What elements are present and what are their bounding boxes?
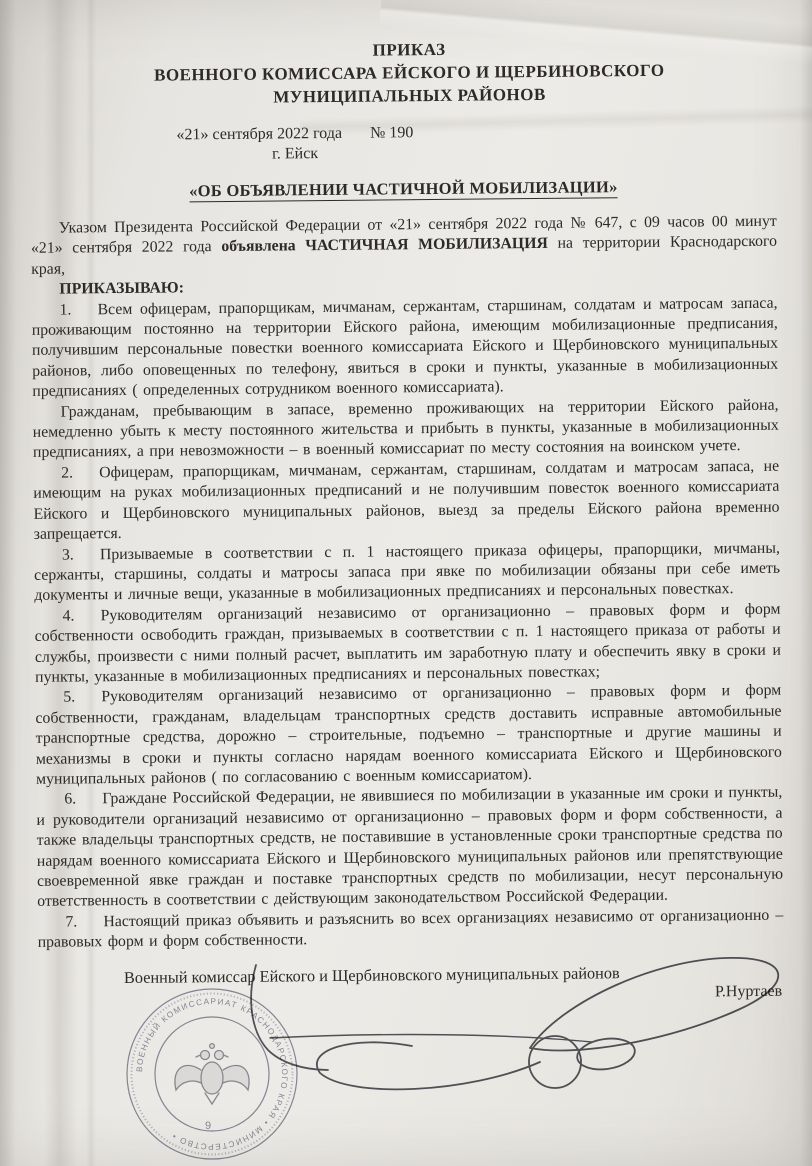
paragraph-text: Руководителям организаций независимо от … <box>35 600 781 685</box>
paragraph-text: Призываемые в соответствии с п. 1 настоя… <box>34 539 780 604</box>
order-paragraphs: 1.Всем офицерам, прапорщикам, мичманам, … <box>31 293 783 953</box>
order-paragraph: 6.Граждане Российской Федерации, не явив… <box>36 783 783 913</box>
paragraph-number: 5. <box>63 688 101 709</box>
paragraph-text: Всем офицерам, прапорщикам, мичманам, се… <box>32 294 779 400</box>
paragraph-text: Гражданам, пребывающим в запасе, временн… <box>33 396 779 461</box>
signature-big-loop <box>530 958 778 1051</box>
order-number: № 190 <box>370 124 413 141</box>
document-content: ПРИКАЗ ВОЕННОГО КОМИССАРА ЕЙСКОГО И ЩЕРБ… <box>29 0 785 1007</box>
order-paragraph: Гражданам, пребывающим в запасе, временн… <box>32 395 779 463</box>
scanned-order-document: ПРИКАЗ ВОЕННОГО КОМИССАРА ЕЙСКОГО И ЩЕРБ… <box>0 0 812 1166</box>
order-paragraph: 4.Руководителям организаций независимо о… <box>34 599 781 688</box>
paragraph-number: 1. <box>59 300 97 321</box>
order-paragraph: 2.Офицерам, прапорщикам, мичманам, сержа… <box>33 457 780 546</box>
paragraph-number: 3. <box>62 545 100 566</box>
order-dateline: «21» сентября 2022 года№ 190 <box>30 123 560 146</box>
paragraph-number: 7. <box>65 912 103 933</box>
paragraph-number: 4. <box>62 606 100 627</box>
signature-tail-loop <box>317 1042 540 1089</box>
paragraph-text: Офицерам, прапорщикам, мичманам, сержант… <box>33 458 779 543</box>
signature-down-stroke <box>251 965 328 1070</box>
order-title: «ОБ ОБЪЯВЛЕНИИ ЧАСТИЧНОЙ МОБИЛИЗАЦИИ» <box>30 176 776 203</box>
paragraph-text: Руководителям организаций независимо от … <box>35 682 782 788</box>
signature-small-loop <box>529 1036 581 1088</box>
order-heading: ПРИКАЗ ВОЕННОГО КОМИССАРА ЕЙСКОГО И ЩЕРБ… <box>29 35 776 111</box>
coat-of-arms-eagle-icon <box>175 1044 249 1104</box>
handwritten-signature <box>240 935 800 1130</box>
paragraph-text: Граждане Российской Федерации, не явивши… <box>36 784 783 910</box>
intro-paragraph: Указом Президента Российской Федерации о… <box>31 212 778 280</box>
paper-crease <box>0 0 16 1166</box>
stamp-number-mark: 9 <box>205 1120 211 1132</box>
paragraph-number: 2. <box>61 463 99 484</box>
order-city: г. Ейск <box>30 143 560 166</box>
order-title-text: «ОБ ОБЪЯВЛЕНИИ ЧАСТИЧНОЙ МОБИЛИЗАЦИИ» <box>189 177 618 202</box>
order-date: «21» сентября 2022 года <box>176 125 342 144</box>
order-paragraph: 3.Призываемые в соответствии с п. 1 наст… <box>34 538 781 606</box>
paragraph-number: 6. <box>64 790 102 811</box>
order-paragraph: 5.Руководителям организаций независимо о… <box>35 681 782 790</box>
signature-cross-stroke <box>270 1035 592 1042</box>
paper-crease <box>800 0 812 1166</box>
intro-text-bold: объявлена ЧАСТИЧНАЯ МОБИЛИЗАЦИЯ <box>221 235 548 255</box>
order-paragraph: 1.Всем офицерам, прапорщикам, мичманам, … <box>31 293 778 402</box>
